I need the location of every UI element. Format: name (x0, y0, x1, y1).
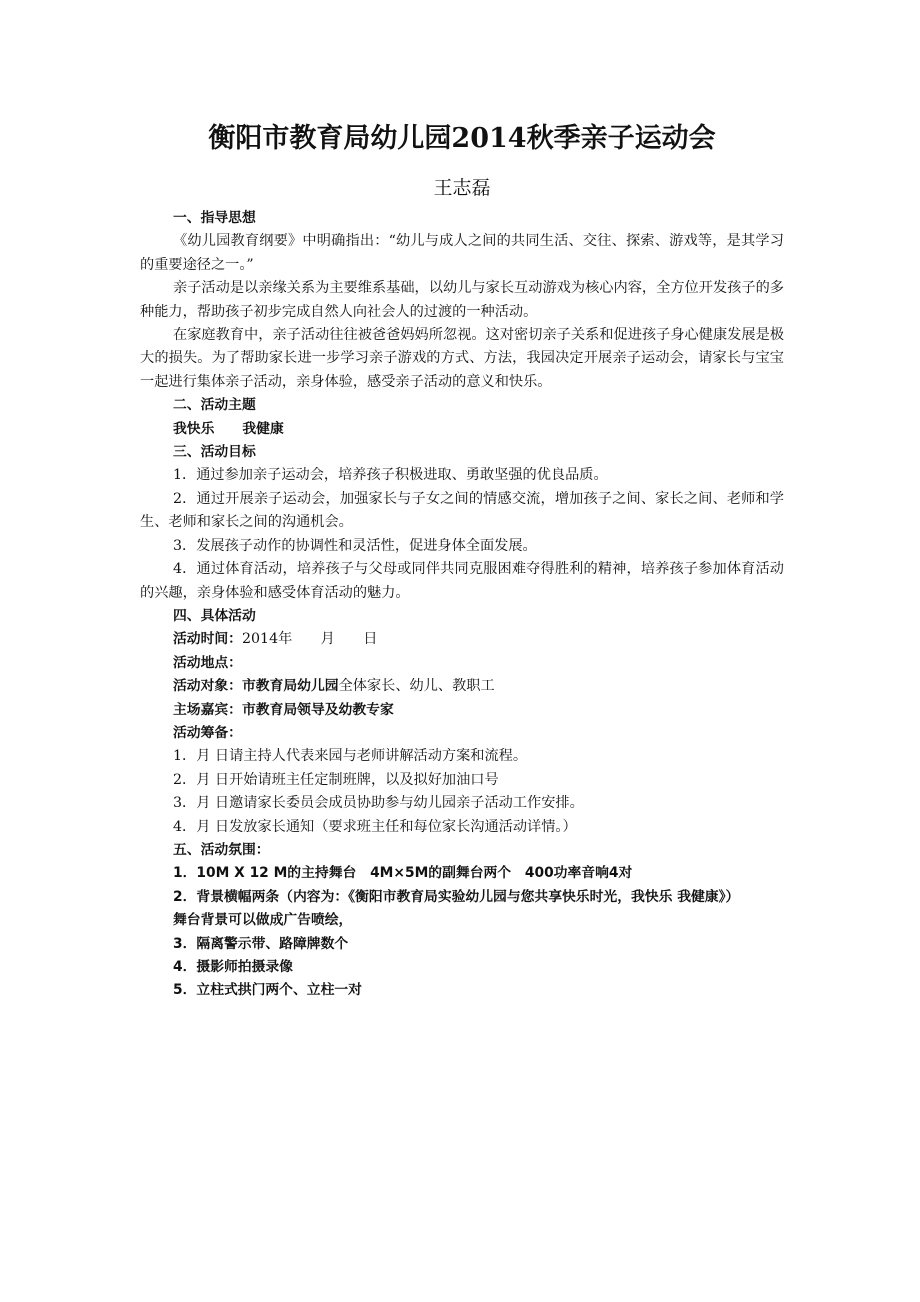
prep-item: 1．月 日请主持人代表来园与老师讲解活动方案和流程。 (140, 745, 784, 768)
field-label: 主场嘉宾： (173, 702, 242, 718)
section-heading-5: 五、活动氛围： (140, 839, 784, 862)
document-body: 一、指导思想 《幼儿园教育纲要》中明确指出：“幼儿与成人之间的共同生活、交往、探… (140, 207, 784, 1003)
activity-prep-label: 活动筹备： (140, 722, 784, 745)
atmosphere-item: 5．立柱式拱门两个、立柱一对 (140, 979, 784, 1002)
section-heading-2: 二、活动主题 (140, 394, 784, 417)
theme-part: 我健康 (242, 421, 283, 437)
section-heading-4: 四、具体活动 (140, 605, 784, 628)
field-value: 2014年 月 日 (242, 631, 377, 647)
prep-item: 4．月 日发放家长通知（要求班主任和每位家长沟通活动详情。） (140, 816, 784, 839)
paragraph: 亲子活动是以亲缘关系为主要维系基础，以幼儿与家长互动游戏为核心内容，全方位开发孩… (140, 277, 784, 324)
section-heading-1: 一、指导思想 (140, 207, 784, 230)
prep-item: 3．月 日邀请家长委员会成员协助参与幼儿园亲子活动工作安排。 (140, 792, 784, 815)
field-value: 市教育局领导及幼教专家 (242, 702, 394, 718)
field-label: 活动地点： (173, 655, 242, 671)
activity-target: 活动对象：市教育局幼儿园全体家长、幼儿、教职工 (140, 675, 784, 698)
activity-theme: 我快乐我健康 (140, 418, 784, 441)
activity-time: 活动时间：2014年 月 日 (140, 628, 784, 651)
atmosphere-item: 4．摄影师拍摄录像 (140, 956, 784, 979)
paragraph: 在家庭教育中，亲子活动往往被爸爸妈妈所忽视。这对密切亲子关系和促进孩子身心健康发… (140, 324, 784, 394)
field-value: 全体家长、幼儿、教职工 (339, 678, 495, 694)
atmosphere-item: 舞台背景可以做成广告喷绘， (140, 909, 784, 932)
goal-item: 2．通过开展亲子运动会，加强家长与子女之间的情感交流，增加孩子之间、家长之间、老… (140, 488, 784, 535)
prep-item: 2．月 日开始请班主任定制班牌，以及拟好加油口号 (140, 769, 784, 792)
goal-item: 3．发展孩子动作的协调性和灵活性，促进身体全面发展。 (140, 535, 784, 558)
document-title: 衡阳市教育局幼儿园2014秋季亲子运动会 (140, 116, 784, 155)
paragraph: 《幼儿园教育纲要》中明确指出：“幼儿与成人之间的共同生活、交往、探索、游戏等，是… (140, 230, 784, 277)
goal-item: 4．通过体育活动，培养孩子与父母或同伴共同克服困难夺得胜利的精神，培养孩子参加体… (140, 558, 784, 605)
field-label: 活动时间： (173, 631, 242, 647)
theme-part: 我快乐 (173, 421, 214, 437)
activity-guest: 主场嘉宾：市教育局领导及幼教专家 (140, 699, 784, 722)
section-heading-3: 三、活动目标 (140, 441, 784, 464)
goal-item: 1．通过参加亲子运动会，培养孩子积极进取、勇敢坚强的优良品质。 (140, 464, 784, 487)
document-author: 王志磊 (140, 173, 784, 200)
atmosphere-item: 2．背景横幅两条（内容为：《衡阳市教育局实验幼儿园与您共享快乐时光，我快乐 我健… (140, 886, 784, 909)
field-label: 活动对象： (173, 678, 242, 694)
atmosphere-item: 1．10M Х 12 M的主持舞台 4M×5M的副舞台两个 400功率音响4对 (140, 862, 784, 885)
field-value-bold: 市教育局幼儿园 (242, 678, 339, 694)
activity-place: 活动地点： (140, 652, 784, 675)
atmosphere-item: 3．隔离警示带、路障牌数个 (140, 933, 784, 956)
